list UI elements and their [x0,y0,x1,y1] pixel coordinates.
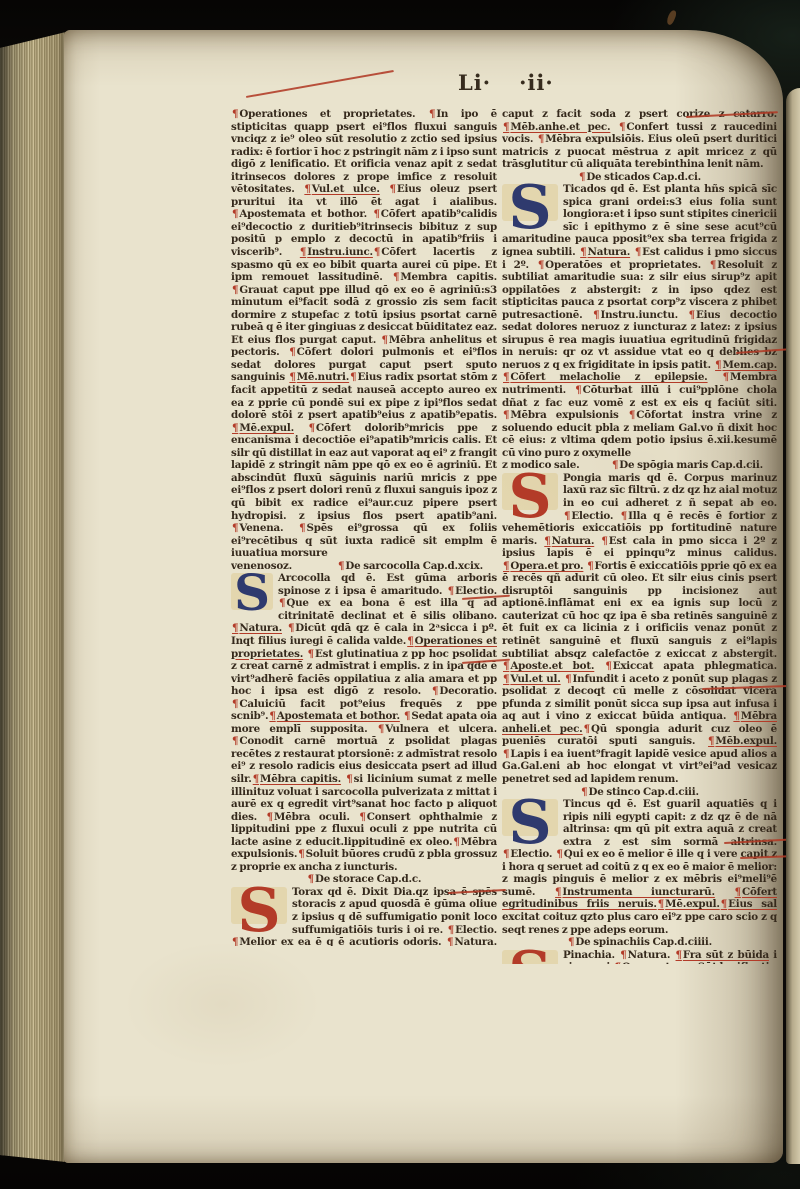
pilcrow-mark: ¶ [297,848,305,860]
chapter-heading: ¶De storace Cap.d.c. [307,873,422,886]
text-run [294,422,308,434]
pilcrow-mark: ¶ [307,648,315,660]
chapter-heading: ¶De sticados Cap.d.ci. [578,171,701,184]
pilcrow-mark: ¶ [372,208,380,220]
text-run: Mēb.expul. [715,735,777,747]
pilcrow-mark: ¶ [447,924,455,936]
text-run: Operationes et proprietates. [239,108,428,120]
pilcrow-mark: ¶ [452,836,460,848]
pilcrow-mark: ¶ [345,773,353,785]
book-page-edges [0,32,66,1163]
text-paragraph: caput z facit soda z psert corize z cata… [502,108,777,171]
text-run: De spōgia maris Cap.d.cii. [619,459,763,471]
pilcrow-mark: ¶ [614,961,622,964]
text-run: Venena. [239,522,298,534]
text-run: Instru.iunctu. [601,309,688,321]
pilcrow-mark: ¶ [252,773,260,785]
text-run: Electio. [510,848,555,860]
text-run [715,886,734,898]
text-paragraph: STincus qd ē. Est guaril aquatiēs q i ri… [502,798,777,936]
text-run: Cōfert dolorib⁹mricis ppe z encanisma i … [231,422,497,522]
text-run: Apostemata et bothor. [239,208,372,220]
text-run: In ipo ē stipticitas quapp psert ei⁹flos… [231,108,497,195]
pilcrow-mark: ¶ [600,535,608,547]
text-run: Exiccat apata phlegmatica. [613,660,777,672]
pilcrow-mark: ¶ [579,246,587,258]
text-run: Natura. [454,936,497,946]
text-run: Pinachia. [563,949,619,961]
chapter-heading: ¶De spōgia maris Cap.d.cii. [611,459,763,472]
pilcrow-mark: ¶ [406,635,414,647]
pilcrow-mark: ¶ [373,246,381,258]
text-run: Natura. [588,246,631,258]
text-run: Vul.et ulce. [312,183,380,195]
pilcrow-mark: ¶ [266,811,274,823]
decorated-initial: S [502,473,558,510]
pilcrow-mark: ¶ [555,848,563,860]
adjacent-page-edge [786,88,800,1164]
text-run: excitat coituz qzto plus caro ei⁹z ppe c… [502,911,777,936]
pilcrow-mark: ¶ [583,723,591,735]
pilcrow-mark: ¶ [734,886,742,898]
pilcrow-mark: ¶ [586,560,594,572]
folio-right: ·ii· [519,70,554,95]
text-run: Natura. [239,622,282,634]
text-run: Mem.cap. [722,359,777,371]
pilcrow-mark: ¶ [288,346,296,358]
text-run: Natura. [552,535,595,547]
text-run: Fra sūt z būida [683,949,769,961]
pilcrow-mark: ¶ [303,183,311,195]
book-page: Li· ·ii· ¶Operationes et proprietates. ¶… [64,30,783,1163]
text-run: Instrumenta iuncturarū. [562,886,714,898]
text-run: Mē.expul. [665,898,720,910]
text-paragraph: SPongia maris qd ē. Corpus marinuz laxū … [502,472,777,786]
text-run: Electio. [571,510,619,522]
folio-left: Li· [458,70,491,95]
chapter-heading-row: venenosoz.¶De sarcocolla Cap.d.xcix. [231,560,497,573]
pilcrow-mark: ¶ [564,673,572,685]
chapter-heading: ¶De spinachiis Cap.d.ciiii. [567,936,712,949]
text-run: Operatōes et proprietates. [545,259,709,271]
pilcrow-mark: ¶ [628,409,636,421]
text-run: Electio. [455,924,497,936]
text-run [708,371,722,383]
text-run: Cōfert melacholie z epilepsie. [510,371,707,383]
pilcrow-mark: ¶ [298,522,306,534]
pilcrow-mark: ¶ [604,660,612,672]
text-column-left: ¶Operationes et proprietates. ¶In ipo ē … [231,108,497,946]
text-run: De sticados Cap.d.ci. [586,171,701,183]
paragraph-tail: z modico sale. [502,459,580,472]
text-run: Vul.et ul. [510,673,560,685]
text-run [594,660,604,672]
text-run: Lapis i ea iuent⁹fragit lapidē vesice ap… [502,748,777,785]
text-run: Mēbra expulsionis [510,409,627,421]
pilcrow-mark: ¶ [619,949,627,961]
pilcrow-mark: ¶ [388,183,396,195]
pilcrow-mark: ¶ [688,309,696,321]
text-run: Opera.et pro. [510,560,583,572]
pilcrow-mark: ¶ [709,259,717,271]
pilcrow-mark: ¶ [634,246,642,258]
text-run: venenosoz. [231,560,292,572]
pilcrow-mark: ¶ [308,422,316,434]
rubric-stroke [246,70,394,98]
chapter-heading: ¶De sarcocolla Cap.d.xcix. [337,560,483,573]
text-paragraph: STorax qd ē. Dixit Dia.qz ipsa ē spēs st… [231,886,497,946]
text-run: Fortis ē exiccatiōis pprie qō ex ea ē re… [502,560,777,660]
decorated-initial: S [231,573,273,610]
text-run: Mē.nutri. [297,371,349,383]
text-run: Mēb.anhe.et pec. [510,121,610,133]
pilcrow-mark: ¶ [675,949,683,961]
text-run: Natura. [628,949,675,961]
text-run: Decoratio. [439,685,497,697]
text-run: Mēbra oculi. [274,811,358,823]
text-run: Sūt lenificatia [695,961,776,964]
pilcrow-mark: ¶ [268,710,276,722]
text-run: Membra capitis. [400,271,497,283]
pilcrow-mark: ¶ [537,259,545,271]
text-run: Apostemata et bothor. [277,710,400,722]
text-run: Mē.expul. [239,422,294,434]
pilcrow-mark: ¶ [358,811,366,823]
text-paragraph: SPinachia. ¶Natura. ¶Fra sūt z būida i s… [502,949,777,964]
pilcrow-mark: ¶ [447,585,455,597]
text-run: De stinco Cap.d.ciii. [588,786,698,798]
pilcrow-mark: ¶ [307,873,315,885]
paragraph-tail: venenosoz. [231,560,292,573]
text-paragraph: STicados qd ē. Est planta hñs spicā sīc … [502,183,777,459]
text-run: z modico sale. [502,459,580,471]
decorated-initial: S [502,184,558,221]
text-run [610,121,618,133]
text-column-right: caput z facit soda z psert corize z cata… [502,108,777,964]
text-run: De sarcocolla Cap.d.xcix. [345,560,483,572]
pilcrow-mark: ¶ [381,334,389,346]
pilcrow-mark: ¶ [537,133,545,145]
folio-number: Li· ·ii· [458,70,554,95]
text-run: De storace Cap.d.c. [315,873,421,885]
decorated-initial: S [502,950,558,964]
pilcrow-mark: ¶ [620,510,628,522]
text-run: Vulnera et ulcera. [385,723,497,735]
chapter-heading-row: z modico sale.¶De spōgia maris Cap.d.cii… [502,459,777,472]
text-run: Melior ex ea ē q ē acutioris odoris. [239,936,446,946]
pilcrow-mark: ¶ [543,535,551,547]
text-run: Pongia maris qd ē. Corpus marinuz laxū r… [563,472,777,509]
pilcrow-mark: ¶ [288,371,296,383]
text-run: Opera.et pro. [622,961,695,964]
text-run: Que ex ea bona ē est illa q ad citrinita… [278,597,497,622]
pilcrow-mark: ¶ [657,898,665,910]
pilcrow-mark: ¶ [299,246,307,258]
text-run: Mēbra capitis. [260,773,341,785]
pilcrow-mark: ¶ [574,384,582,396]
decorated-initial: S [502,799,558,836]
pilcrow-mark: ¶ [592,309,600,321]
text-paragraph: SArcocolla qd ē. Est gūma arboris spinos… [231,572,497,873]
text-run: Instru.iunc. [307,246,373,258]
text-run: Aposte.et bot. [510,660,594,672]
pilcrow-mark: ¶ [722,371,730,383]
text-paragraph: ¶Operationes et proprietates. ¶In ipo ē … [231,108,497,560]
decorated-initial: S [231,887,287,924]
pilcrow-mark: ¶ [720,898,728,910]
text-run: De spinachiis Cap.d.ciiii. [575,936,712,948]
pilcrow-mark: ¶ [732,710,740,722]
chapter-heading: ¶De stinco Cap.d.ciii. [580,786,699,799]
text-run: Eius sal [728,898,777,910]
